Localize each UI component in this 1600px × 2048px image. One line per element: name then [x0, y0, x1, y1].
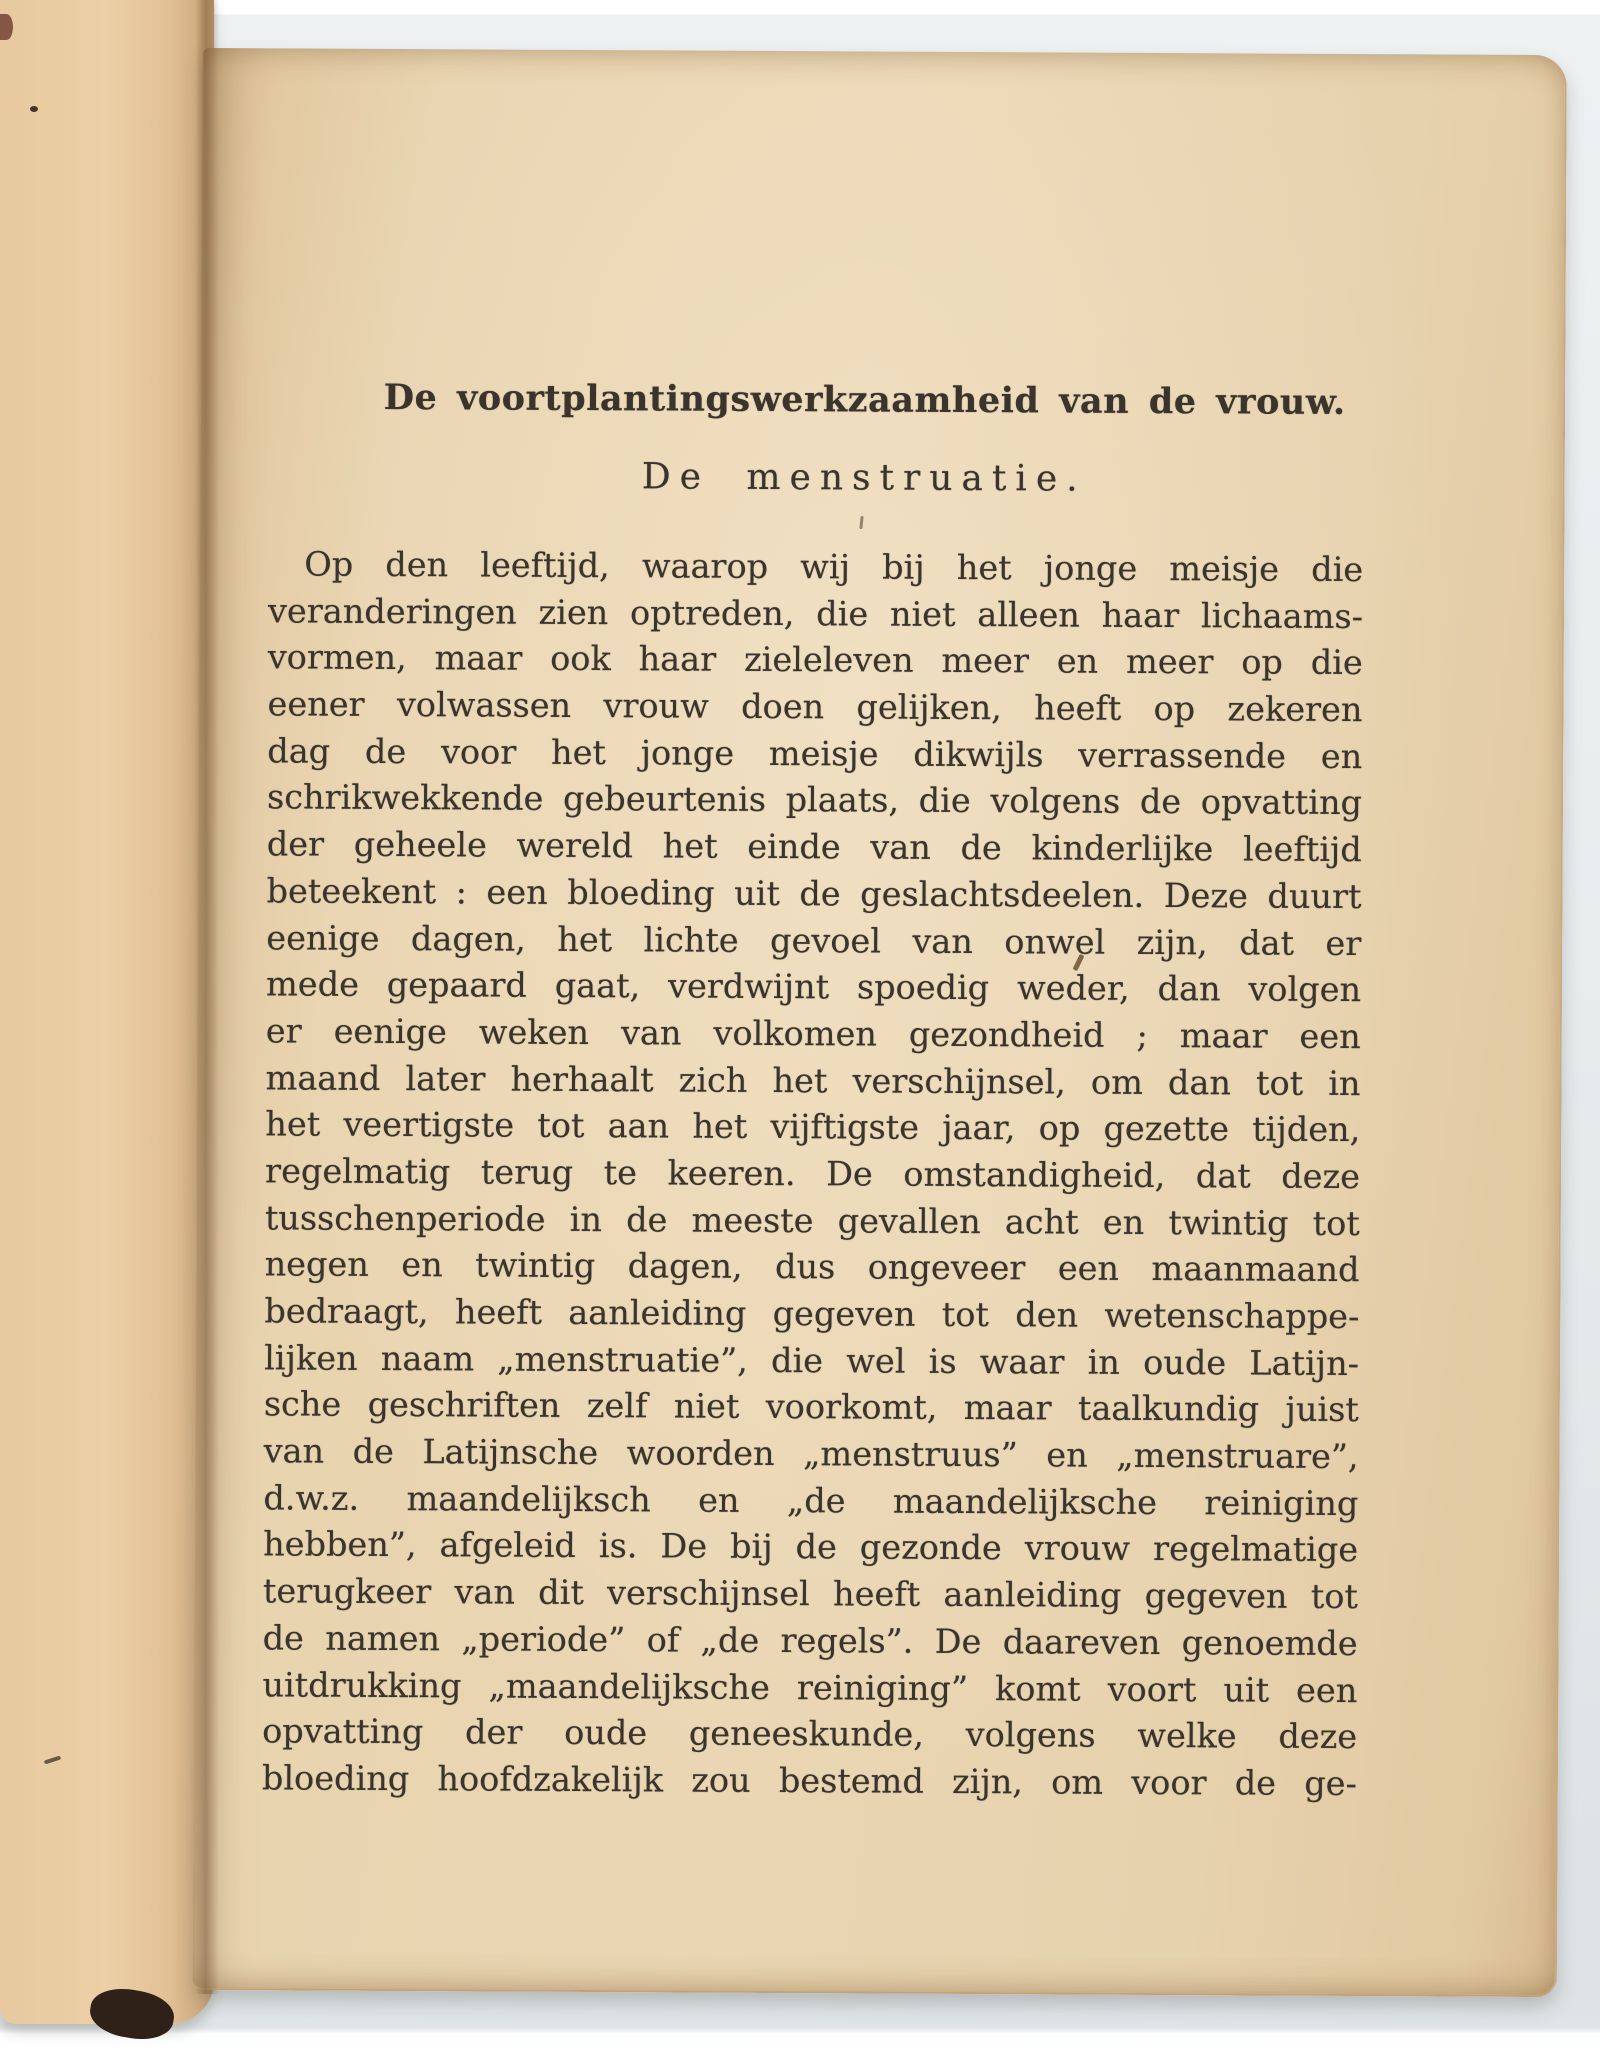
paragraph-line: vandeLatijnschewoorden„menstruus”en„mens…	[264, 1431, 1359, 1483]
page-content: De voortplantingswerkzaamheid van de vro…	[193, 48, 1565, 1995]
paragraph-line: tusschenperiodeindemeestegevallenachtent…	[265, 1198, 1360, 1250]
paragraph-line: dagdevoorhetjongemeisjedikwijlsverrassen…	[267, 731, 1362, 783]
paragraph-line: opvattingderoudegeneeskunde,volgenswelke…	[262, 1712, 1357, 1764]
section-heading: De menstruatie.	[269, 454, 1364, 501]
chapter-heading: De voortplantingswerkzaamheid van de vro…	[269, 376, 1364, 423]
paragraph-line: bedraagt,heeftaanleidinggegeventotdenwet…	[264, 1291, 1359, 1343]
paragraph-line: Opdenleeftijd,waaropwijbijhetjongemeisje…	[268, 544, 1363, 596]
facing-page-edge	[0, 0, 214, 2024]
paragraph-line: d.w.z.maandelijkschen„demaandelijkschere…	[263, 1478, 1358, 1530]
paragraph-line: terugkeervanditverschijnselheeftaanleidi…	[263, 1571, 1358, 1623]
paragraph-line: eenervolwassenvrouwdoengelijken,heeftopz…	[267, 684, 1362, 736]
paragraph-line: negenentwintigdagen,dusongeveereenmaanma…	[264, 1245, 1359, 1297]
paragraph-line: medegepaardgaat,verdwijntspoedigweder,da…	[266, 965, 1361, 1017]
book-page: De voortplantingswerkzaamheid van de vro…	[193, 48, 1567, 1997]
paragraph-line: beteekent:eenbloedinguitdegeslachtsdeele…	[266, 871, 1361, 923]
paragraph-line: regelmatigterugtekeeren.Deomstandigheid,…	[265, 1151, 1360, 1203]
paragraph: Opdenleeftijd,waaropwijbijhetjongemeisje…	[262, 544, 1364, 1810]
paragraph-line: bloedinghoofdzakelijkzoubestemdzijn,omvo…	[262, 1758, 1357, 1810]
paragraph-line: eenigedagen,hetlichtegevoelvanonwelzijn,…	[266, 918, 1361, 970]
paragraph-line: vormen,maarookhaarzielelevenmeerenmeerop…	[268, 638, 1363, 690]
paragraph-line: schegeschriftenzelfnietvoorkomt,maartaal…	[264, 1385, 1359, 1437]
paper-speck	[30, 106, 38, 112]
paragraph-line: ereenigewekenvanvolkomengezondheid;maare…	[266, 1011, 1361, 1063]
paragraph-line: dergeheelewereldheteindevandekinderlijke…	[267, 824, 1362, 876]
paragraph-line: uitdrukking„maandelijkschereiniging”komt…	[262, 1665, 1357, 1717]
book-gutter-shadow	[195, 0, 219, 1994]
book-photo-backdrop: De voortplantingswerkzaamheid van de vro…	[0, 0, 1600, 2048]
paragraph-line: veranderingenzienoptreden,dienietalleenh…	[268, 591, 1363, 643]
paragraph-line: hebben”,afgeleidis.Debijdegezondevrouwre…	[263, 1525, 1358, 1577]
paragraph-line: denamen„periode”of„deregels”.Dedaareveng…	[263, 1618, 1358, 1670]
paragraph-line: lijkennaam„menstruatie”,dieweliswaarinou…	[264, 1338, 1359, 1390]
paragraph-line: hetveertigstetotaanhetvijftigstejaar,opg…	[265, 1105, 1360, 1157]
paragraph-line: schrikwekkendegebeurtenisplaats,dievolge…	[267, 778, 1362, 830]
left-edge-mark	[0, 14, 13, 40]
paragraph-line: maandlaterherhaaltzichhetverschijnsel,om…	[265, 1058, 1360, 1110]
